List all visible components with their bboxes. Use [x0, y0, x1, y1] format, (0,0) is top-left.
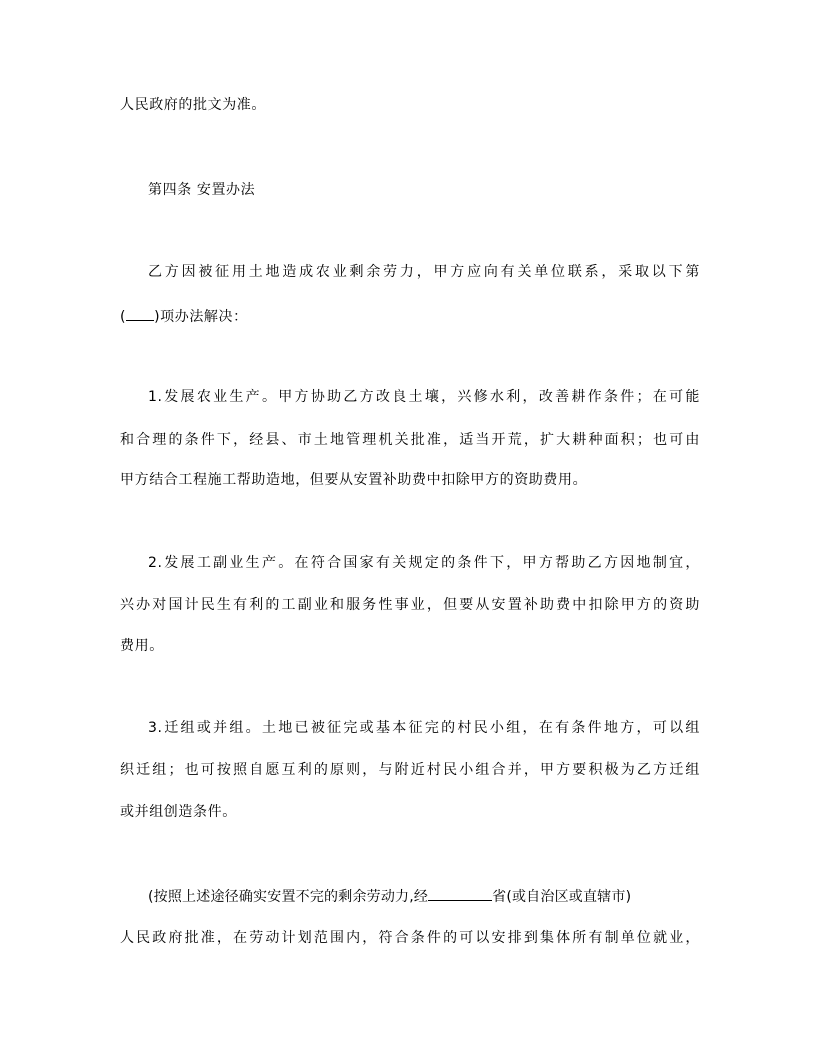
paragraph-line: (按照上述途径确实安置不完的剩余劳动力,经省(或自治区或直辖市) [148, 886, 700, 906]
paragraph-line: 甲方结合工程施工帮助造地，但要从安置补助费中扣除甲方的资助费用。 [120, 471, 700, 489]
paragraph-line: 或并组创造条件。 [120, 803, 700, 821]
paragraph-line: 1.发展农业生产。甲方协助乙方改良土壤，兴修水利，改善耕作条件；在可能 [148, 388, 700, 406]
paragraph-line: 2.发展工副业生产。在符合国家有关规定的条件下，甲方帮助乙方因地制宜， [148, 554, 700, 572]
paragraph-line: 兴办对国计民生有利的工副业和服务性事业，但要从安置补助费中扣除甲方的资助 [120, 596, 700, 614]
paragraph-line: 人民政府的批文为准。 [120, 96, 700, 114]
fill-in-blank-province[interactable] [428, 886, 492, 901]
paragraph-line: 乙方因被征用土地造成农业剩余劳力，甲方应向有关单位联系，采取以下第 [148, 263, 700, 281]
paragraph-line: ()项办法解决： [120, 306, 700, 326]
paragraph-line: 和合理的条件下，经县、市土地管理机关批准，适当开荒，扩大耕种面积；也可由 [120, 431, 700, 449]
paragraph-line: 费用。 [120, 637, 700, 655]
paragraph-line: 织迁组；也可按照自愿互利的原则，与附近村民小组合并，甲方要积极为乙方迁组 [120, 761, 700, 779]
paragraph-text: )项办法解决： [154, 309, 248, 325]
document-page: 人民政府的批文为准。 第四条 安置办法 乙方因被征用土地造成农业剩余劳力，甲方应… [0, 0, 816, 1056]
paragraph-line: 3.迁组或并组。土地已被征完或基本征完的村民小组，在有条件地方，可以组 [148, 719, 700, 737]
fill-in-blank-option-number[interactable] [126, 306, 154, 321]
paragraph-line: 人民政府批准，在劳动计划范围内，符合条件的可以安排到集体所有制单位就业， [120, 929, 700, 947]
paragraph-text: 省(或自治区或直辖市) [492, 889, 631, 905]
paragraph-text: (按照上述途径确实安置不完的剩余劳动力,经 [148, 889, 428, 905]
section-heading: 第四条 安置办法 [148, 181, 700, 199]
